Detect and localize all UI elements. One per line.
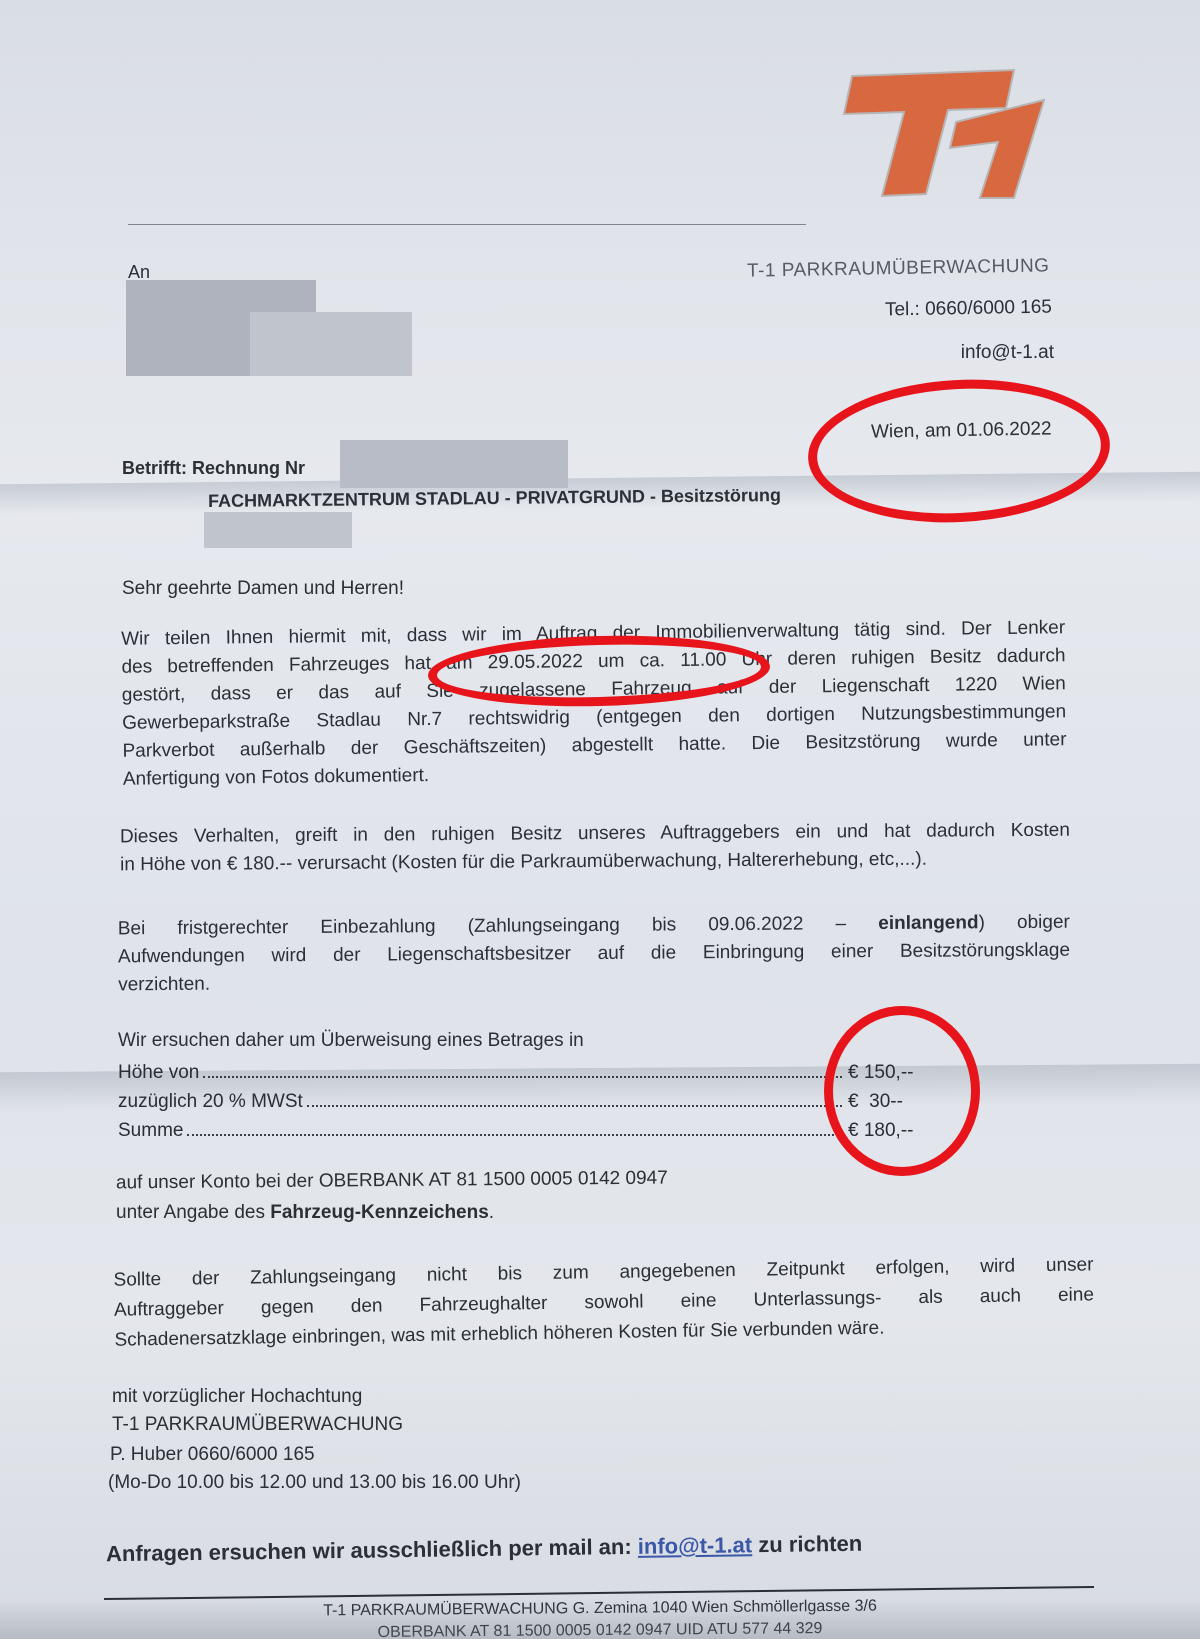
subject-label: Betrifft: Rechnung Nr [122, 458, 305, 479]
company-phone: Tel.: 0660/6000 165 [885, 297, 1052, 322]
highlight-circle-amounts [824, 1006, 980, 1176]
email-link[interactable]: info@t-1.at [638, 1532, 753, 1559]
redacted-reference [204, 512, 352, 548]
photo-shadow [0, 1599, 1200, 1639]
amounts-table: Höhe von€ 150,-- zuzüglich 20 % MWSt€ 30… [118, 1058, 938, 1145]
amount-row-net: Höhe von€ 150,-- [118, 1058, 938, 1087]
header-rule [128, 224, 806, 225]
closing-contact: P. Huber 0660/6000 165 [110, 1444, 315, 1466]
letter-paper: An T-1 PARKRAUMÜBERWACHUNG Tel.: 0660/60… [0, 0, 1200, 1639]
email-notice: Anfragen ersuchen wir ausschließlich per… [106, 1531, 863, 1568]
salutation: Sehr geehrte Damen und Herren! [122, 578, 404, 600]
payment-reference: unter Angabe des Fahrzeug-Kennzeichens. [116, 1202, 494, 1224]
paragraph-warning: Sollte der Zahlungseingang nicht bis zum… [113, 1250, 1094, 1355]
amount-row-total: Summe€ 180,-- [118, 1116, 938, 1145]
amount-row-vat: zuzüglich 20 % MWSt€ 30-- [118, 1087, 938, 1116]
paragraph-deadline: Bei fristgerechter Einbezahlung (Zahlung… [118, 909, 1071, 1000]
t1-logo [838, 66, 1060, 206]
paragraph-costs: Dieses Verhalten, greift in den ruhigen … [120, 817, 1070, 880]
company-name: T-1 PARKRAUMÜBERWACHUNG [747, 255, 1050, 282]
closing-company: T-1 PARKRAUMÜBERWACHUNG [112, 1414, 403, 1436]
closing-greeting: mit vorzüglicher Hochachtung [112, 1386, 362, 1408]
closing-hours: (Mo-Do 10.00 bis 12.00 und 13.00 bis 16.… [108, 1472, 521, 1494]
bank-account: auf unser Konto bei der OBERBANK AT 81 1… [116, 1168, 668, 1195]
redacted-invoice-number [340, 440, 568, 488]
amounts-intro: Wir ersuchen daher um Überweisung eines … [118, 1030, 584, 1052]
highlight-circle-date [804, 372, 1113, 530]
company-email: info@t-1.at [961, 342, 1054, 364]
redacted-recipient [250, 312, 412, 376]
